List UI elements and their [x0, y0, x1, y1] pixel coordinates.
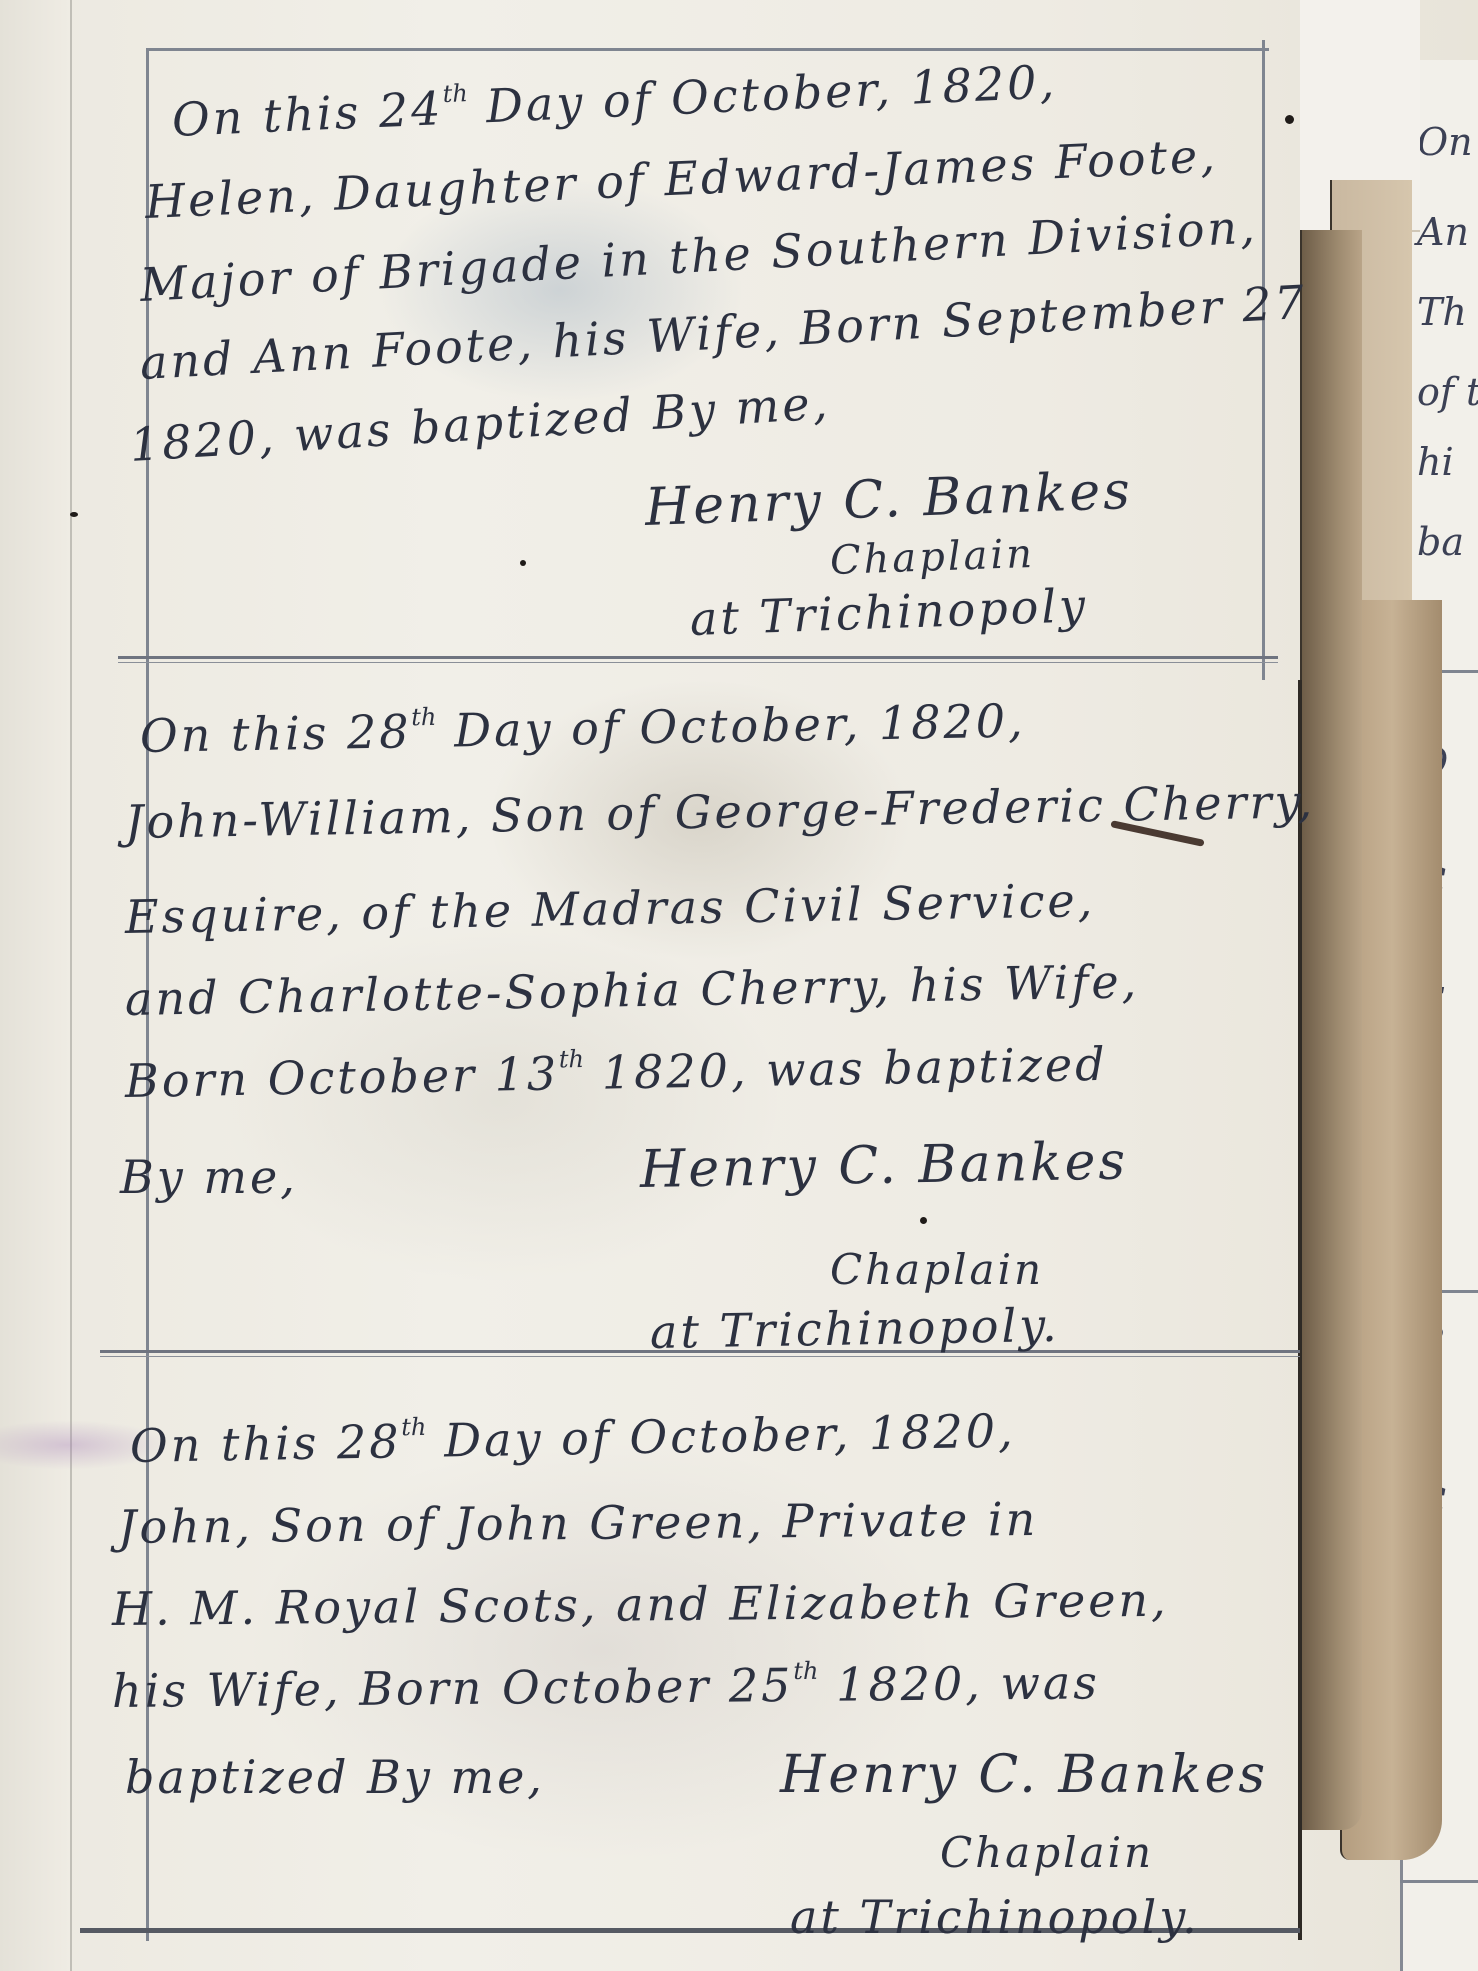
ink-blot — [920, 1217, 927, 1224]
entry-line: By me, — [120, 1150, 298, 1204]
torn-paper-strip — [1300, 230, 1362, 1830]
entry-line: his Wife, Born October 25th 1820, was — [112, 1654, 1100, 1718]
frame-right-rule — [1262, 40, 1265, 680]
adjacent-page-fragment: Th — [1417, 290, 1467, 334]
adjacent-page-fragment: An — [1417, 210, 1469, 254]
entry-divider — [118, 656, 1278, 663]
ink-blot — [520, 560, 526, 566]
entry-line: John, Son of John Green, Private in — [118, 1492, 1039, 1554]
adjacent-page-fragment: ba — [1417, 520, 1464, 564]
adjacent-page-fragment: of th — [1417, 370, 1478, 414]
frame-right-rule — [1298, 680, 1302, 1940]
chaplain-signature: Henry C. Bankes — [780, 1745, 1268, 1805]
entry-line: baptized By me, — [125, 1750, 545, 1804]
chaplain-signature: Henry C. Bankes — [639, 1131, 1128, 1200]
signature-place: at Trichinopoly. — [790, 1890, 1200, 1944]
signature-title: Chaplain — [830, 1245, 1044, 1294]
adjacent-page-rule — [1400, 1880, 1478, 1883]
ink-blot — [1285, 115, 1294, 124]
signature-title: Chaplain — [940, 1828, 1154, 1877]
adjacent-page-fragment: hi — [1417, 440, 1454, 484]
adjacent-page-fragment: On — [1417, 120, 1473, 164]
signature-title: Chaplain — [829, 531, 1035, 584]
ink-blot — [70, 512, 78, 517]
entry-line: H. M. Royal Scots, and Elizabeth Green, — [112, 1573, 1169, 1636]
previous-page-edge — [0, 0, 72, 1971]
signature-place: at Trichinopoly. — [650, 1298, 1061, 1359]
